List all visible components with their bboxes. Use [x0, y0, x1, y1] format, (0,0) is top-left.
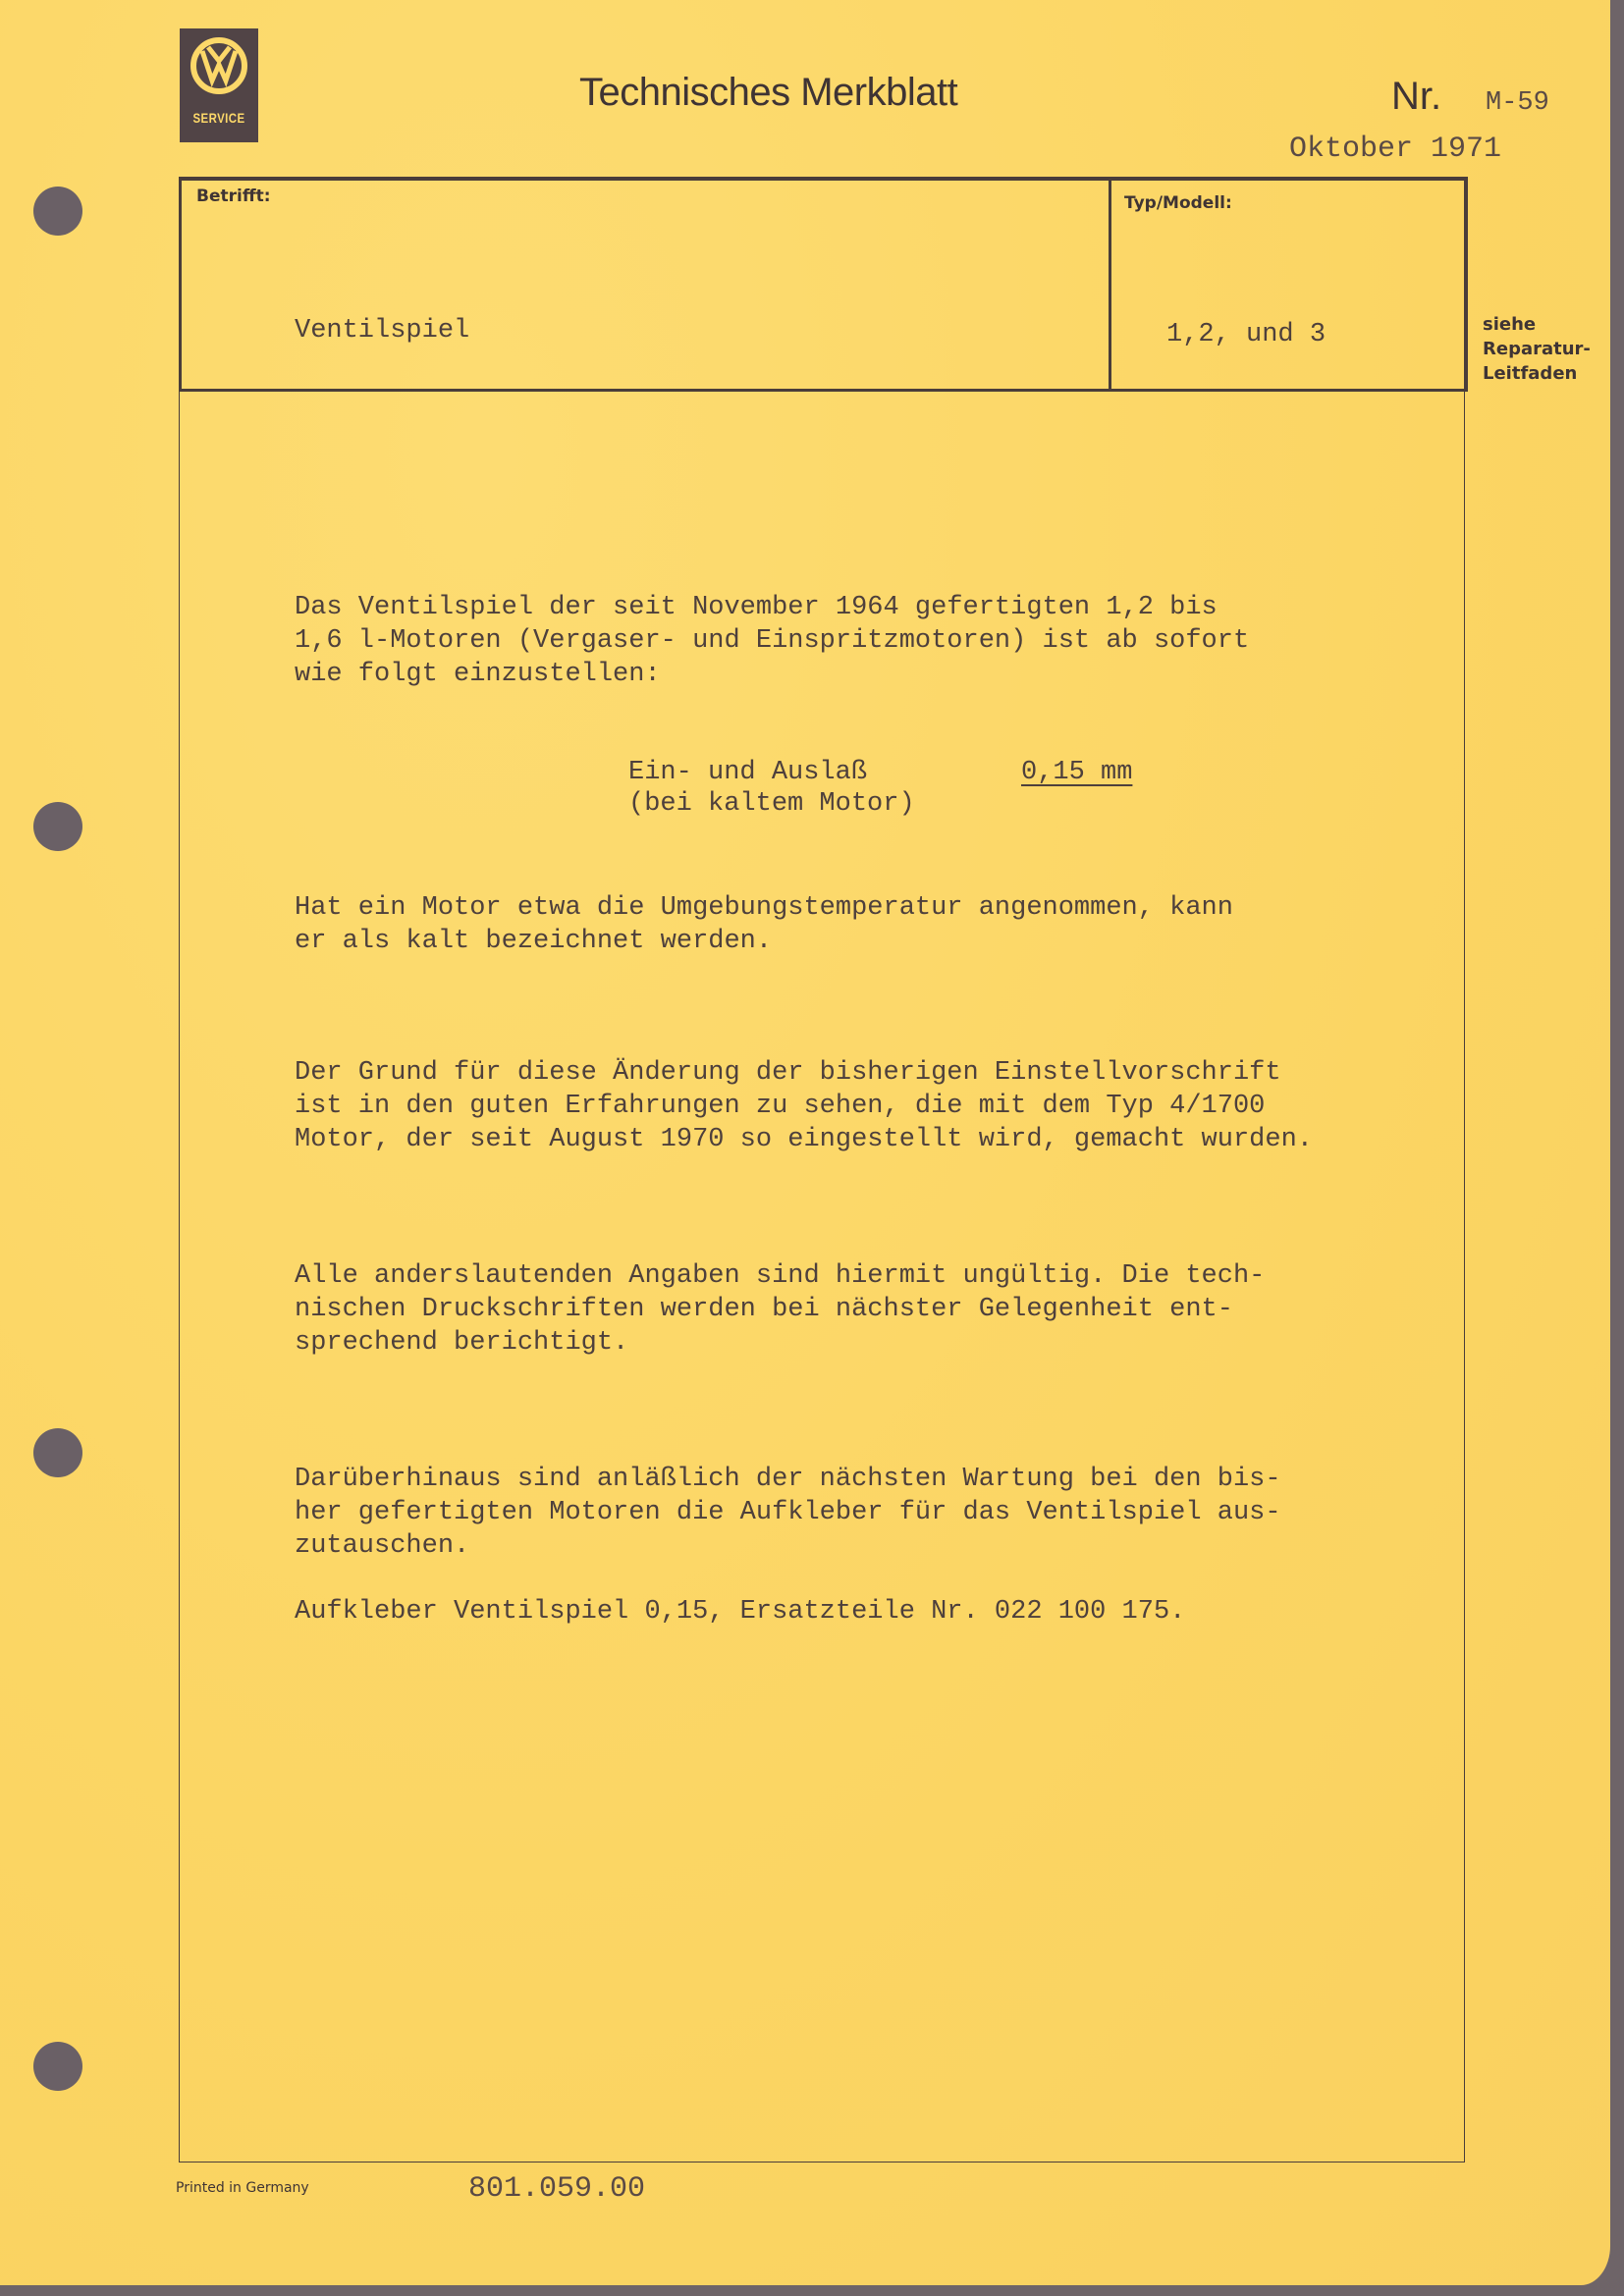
text-line: er als kalt bezeichnet werden.	[295, 925, 772, 958]
document-date: Oktober 1971	[1289, 133, 1501, 166]
spec-label: Ein- und Auslaß	[628, 756, 867, 789]
number-label: Nr.	[1391, 75, 1441, 119]
text-line: Hat ein Motor etwa die Umgebungstemperat…	[295, 891, 1233, 925]
vw-emblem-icon	[189, 35, 249, 96]
side-note: siehe Reparatur- Leitfaden	[1483, 312, 1591, 386]
text-line: Alle anderslautenden Angaben sind hiermi…	[295, 1259, 1265, 1293]
text-line: nischen Druckschriften werden bei nächst…	[295, 1293, 1233, 1326]
text-line: Das Ventilspiel der seit November 1964 g…	[295, 591, 1218, 624]
text-line: Darüberhinaus sind anläßlich der nächste…	[295, 1463, 1281, 1496]
betrifft-value: Ventilspiel	[295, 314, 469, 347]
form-code: 801.059.00	[468, 2172, 645, 2206]
typ-modell-value: 1,2, und 3	[1166, 318, 1326, 351]
subject-box	[179, 177, 1468, 392]
text-line: ist in den guten Erfahrungen zu sehen, d…	[295, 1090, 1265, 1123]
text-line: zutauschen.	[295, 1529, 469, 1563]
vw-service-logo: SERVICE	[180, 28, 258, 142]
side-note-line: Reparatur-	[1483, 337, 1591, 361]
document-number: M-59	[1486, 88, 1549, 118]
spec-condition: (bei kaltem Motor)	[628, 787, 915, 821]
punch-hole	[33, 1428, 82, 1477]
text-line: wie folgt einzustellen:	[295, 658, 661, 691]
logo-service-text: SERVICE	[187, 110, 251, 126]
printed-in-germany: Printed in Germany	[176, 2180, 309, 2196]
punch-hole	[33, 802, 82, 851]
side-note-line: Leitfaden	[1483, 361, 1591, 386]
subject-divider	[1109, 177, 1111, 392]
text-line: Der Grund für diese Änderung der bisheri…	[295, 1056, 1281, 1090]
spec-value: 0,15 mm	[1021, 756, 1132, 789]
punch-hole	[33, 187, 82, 236]
betrifft-label: Betrifft:	[196, 187, 271, 206]
punch-hole	[33, 2042, 82, 2091]
side-note-line: siehe	[1483, 312, 1591, 337]
document-page: SERVICE Technisches Merkblatt Nr. M-59 O…	[0, 0, 1610, 2285]
document-title: Technisches Merkblatt	[579, 71, 957, 115]
text-line: her gefertigten Motoren die Aufkleber fü…	[295, 1496, 1281, 1529]
typ-modell-label: Typ/Modell:	[1124, 193, 1232, 213]
content-frame	[179, 180, 1465, 2163]
text-line: 1,6 l-Motoren (Vergaser- und Einspritzmo…	[295, 624, 1249, 658]
text-line: sprechend berichtigt.	[295, 1326, 628, 1360]
text-line: Motor, der seit August 1970 so eingestel…	[295, 1123, 1313, 1156]
part-number-line: Aufkleber Ventilspiel 0,15, Ersatzteile …	[295, 1595, 1185, 1629]
